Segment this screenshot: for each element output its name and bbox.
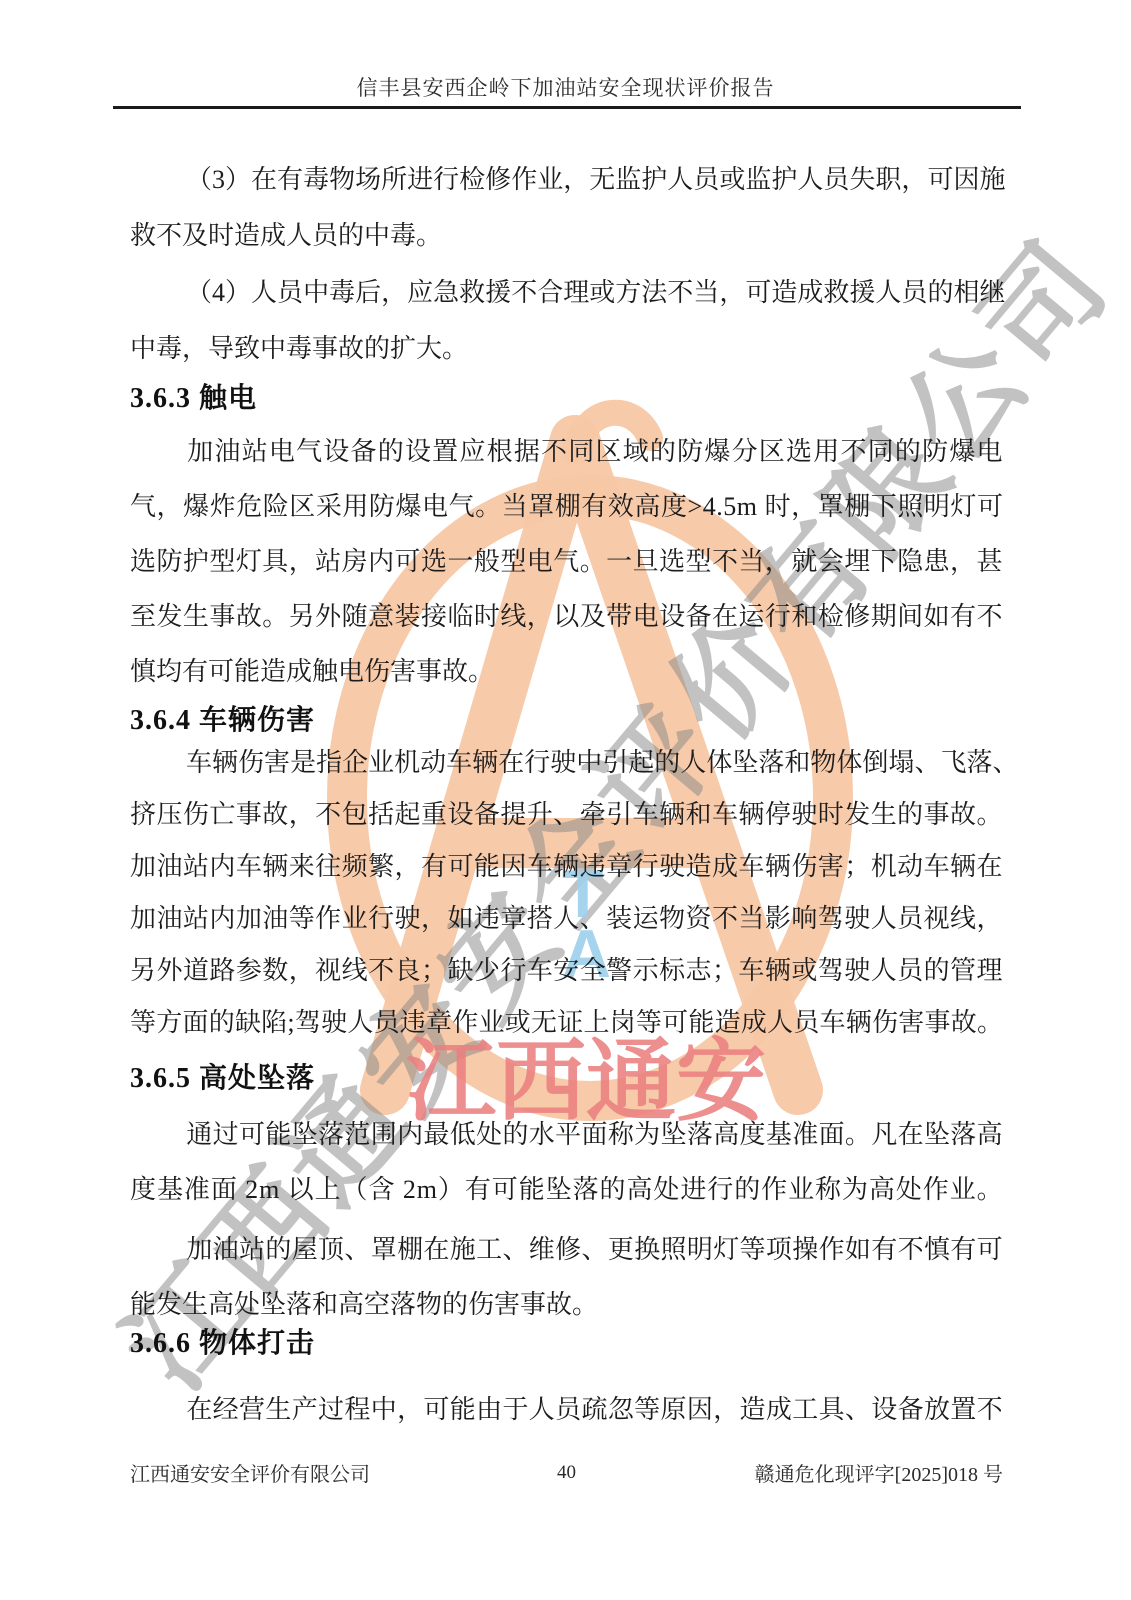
- paragraph: （4）人员中毒后，应急救援不合理或方法不当，可造成救援人员的相继 中毒，导致中毒…: [130, 265, 1003, 377]
- paragraph-line: 在经营生产过程中，可能由于人员疏忽等原因，造成工具、设备放置不: [130, 1382, 1003, 1437]
- paragraph-line: 加油站内车辆来往频繁，有可能因车辆违章行驶造成车辆伤害；机动车辆在: [130, 841, 1003, 893]
- section-heading: 3.6.6 物体打击: [130, 1322, 1003, 1366]
- paragraph: （3）在有毒物场所进行检修作业，无监护人员或监护人员失职，可因施 救不及时造成人…: [130, 152, 1003, 264]
- paragraph-line: 慎均有可能造成触电伤害事故。: [130, 644, 1003, 699]
- paragraph-line: （4）人员中毒后，应急救援不合理或方法不当，可造成救援人员的相继: [130, 265, 1003, 321]
- paragraph: 加油站的屋顶、罩棚在施工、维修、更换照明灯等项操作如有不慎有可 能发生高处坠落和…: [130, 1222, 1003, 1332]
- paragraph-line: 另外道路参数，视线不良；缺少行车安全警示标志；车辆或驾驶人员的管理: [130, 945, 1003, 997]
- footer-company: 江西通安安全评价有限公司: [130, 1458, 370, 1487]
- page-footer: 江西通安安全评价有限公司 40 赣通危化现评字[2025]018 号: [130, 1458, 1003, 1488]
- page-content: 信丰县安西企岭下加油站安全现状评价报告 （3）在有毒物场所进行检修作业，无监护人…: [0, 0, 1131, 1600]
- section-heading: 3.6.3 触电: [130, 377, 1003, 421]
- footer-page-number: 40: [557, 1462, 576, 1484]
- paragraph: 车辆伤害是指企业机动车辆在行驶中引起的人体坠落和物体倒塌、飞落、 挤压伤亡事故，…: [130, 737, 1003, 1049]
- paragraph-line: 救不及时造成人员的中毒。: [130, 208, 1003, 264]
- paragraph-line: 通过可能坠落范围内最低处的水平面称为坠落高度基准面。凡在坠落高: [130, 1107, 1003, 1162]
- paragraph-line: （3）在有毒物场所进行检修作业，无监护人员或监护人员失职，可因施: [130, 152, 1003, 208]
- paragraph-line: 挤压伤亡事故，不包括起重设备提升、牵引车辆和车辆停驶时发生的事故。: [130, 789, 1003, 841]
- report-page: 江西通安安全评价有限公司 江西通安 TA 信丰县安西企岭下加油站安全现状评价报告…: [0, 0, 1131, 1600]
- paragraph-line: 度基准面 2m 以上（含 2m）有可能坠落的高处进行的作业称为高处作业。: [130, 1162, 1003, 1217]
- paragraph: 通过可能坠落范围内最低处的水平面称为坠落高度基准面。凡在坠落高 度基准面 2m …: [130, 1107, 1003, 1217]
- paragraph-line: 等方面的缺陷;驾驶人员违章作业或无证上岗等可能造成人员车辆伤害事故。: [130, 997, 1003, 1049]
- paragraph-line: 选防护型灯具，站房内可选一般型电气。一旦选型不当，就会埋下隐患，甚: [130, 534, 1003, 589]
- paragraph: 加油站电气设备的设置应根据不同区域的防爆分区选用不同的防爆电 气，爆炸危险区采用…: [130, 424, 1003, 699]
- header-rule: [113, 106, 1021, 109]
- paragraph-line: 加油站电气设备的设置应根据不同区域的防爆分区选用不同的防爆电: [130, 424, 1003, 479]
- paragraph-line: 至发生事故。另外随意装接临时线，以及带电设备在运行和检修期间如有不: [130, 589, 1003, 644]
- paragraph: 在经营生产过程中，可能由于人员疏忽等原因，造成工具、设备放置不: [130, 1382, 1003, 1437]
- paragraph-line: 车辆伤害是指企业机动车辆在行驶中引起的人体坠落和物体倒塌、飞落、: [130, 737, 1003, 789]
- paragraph-line: 中毒，导致中毒事故的扩大。: [130, 321, 1003, 377]
- section-heading: 3.6.5 高处坠落: [130, 1057, 1003, 1101]
- footer-doc-number: 赣通危化现评字[2025]018 号: [755, 1458, 1003, 1487]
- paragraph-line: 加油站内加油等作业行驶，如违章搭人、装运物资不当影响驾驶人员视线，: [130, 893, 1003, 945]
- paragraph-line: 加油站的屋顶、罩棚在施工、维修、更换照明灯等项操作如有不慎有可: [130, 1222, 1003, 1277]
- page-header-title: 信丰县安西企岭下加油站安全现状评价报告: [0, 72, 1131, 102]
- paragraph-line: 气，爆炸危险区采用防爆电气。当罩棚有效高度>4.5m 时，罩棚下照明灯可: [130, 479, 1003, 534]
